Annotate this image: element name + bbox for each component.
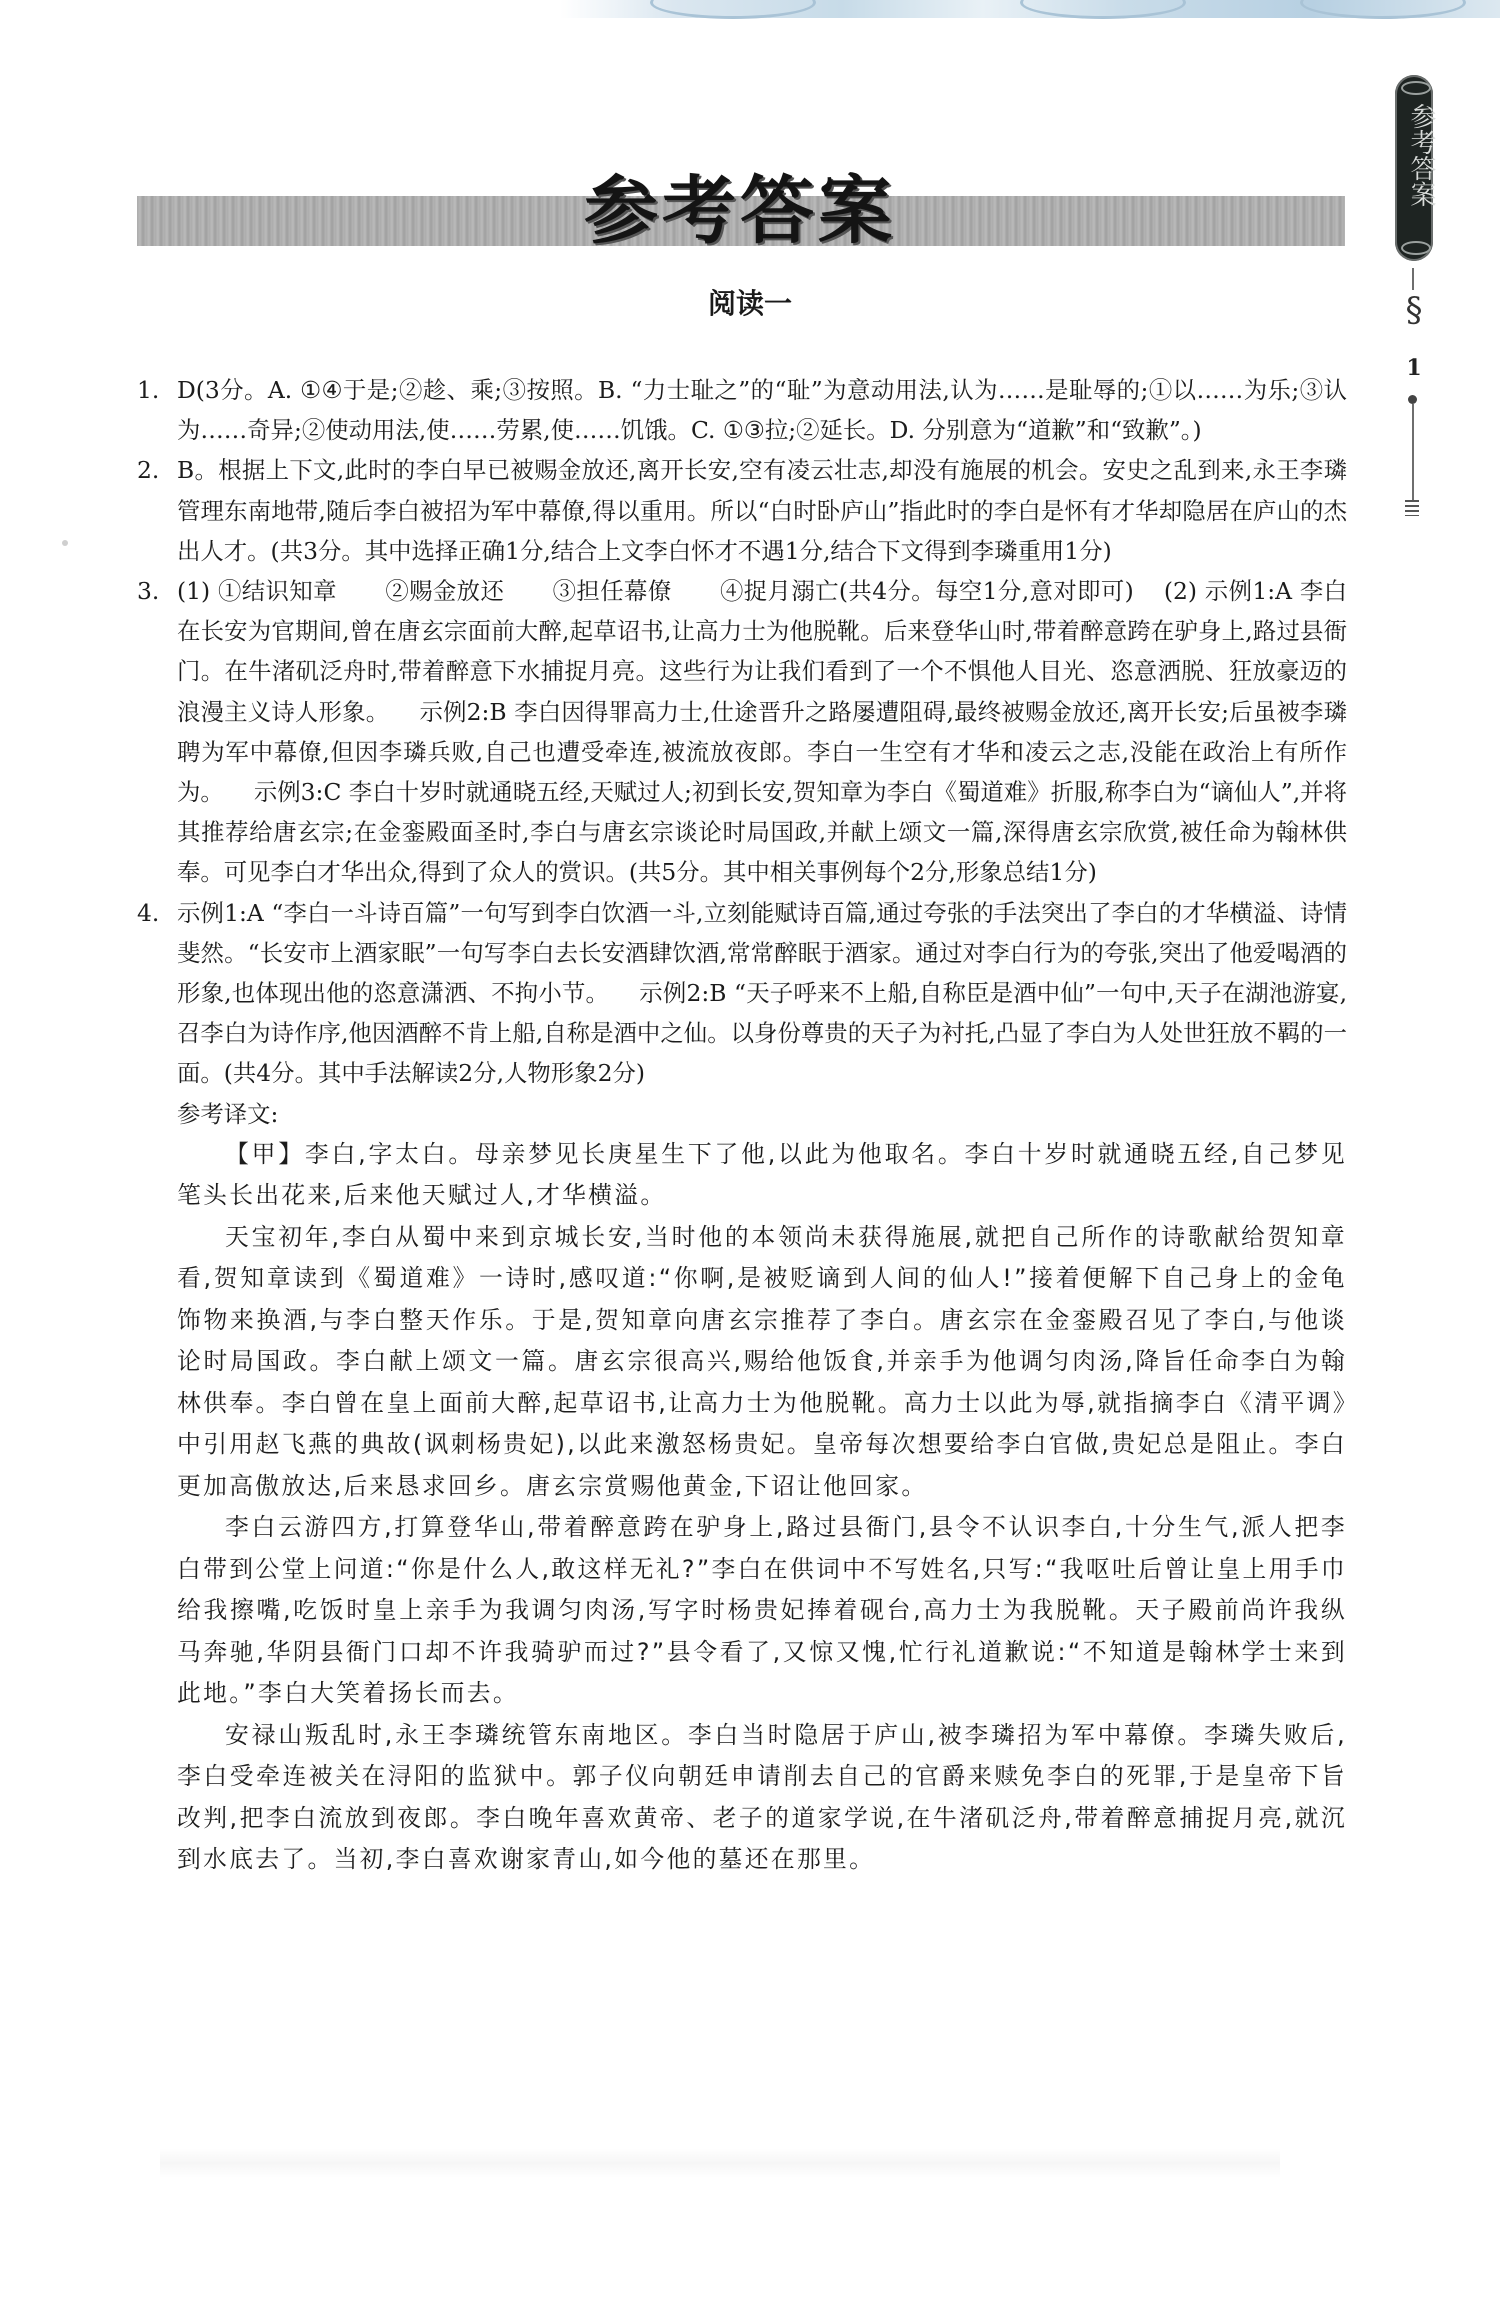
top-decoration bbox=[560, 0, 1500, 18]
side-rule bbox=[1412, 268, 1414, 290]
fill-answer: ②赐金放还 bbox=[385, 577, 504, 605]
bleed-through-shadow bbox=[160, 2148, 1280, 2178]
wave-ornament bbox=[1020, 0, 1186, 19]
score-note: (共5分。其中相关事例每个2分,形象总结1分) bbox=[629, 858, 1097, 886]
answer-number: 4. bbox=[137, 893, 159, 933]
ornament-icon bbox=[1401, 81, 1431, 95]
ornament-icon bbox=[1401, 241, 1431, 255]
part-label: (1) bbox=[177, 577, 210, 605]
answer-item-4: 4. 示例1:A “李白一斗诗百篇”一句写到李白饮酒一斗,立刻能赋诗百篇,通过夸… bbox=[137, 893, 1347, 1094]
translation-paragraph: 安禄山叛乱时,永王李璘统管东南地区。李白当时隐居于庐山,被李璘招为军中幕僚。李璘… bbox=[137, 1715, 1347, 1881]
wave-ornament bbox=[1300, 0, 1466, 19]
translation-body: 【甲】李白,字太白。母亲梦见长庚星生下了他,以此为他取名。李白十岁时就通晓五经,… bbox=[137, 1134, 1347, 1881]
paper-speck bbox=[62, 540, 68, 546]
answer-number: 3. bbox=[137, 571, 159, 611]
wave-ornament bbox=[650, 0, 816, 19]
answer-text: B。根据上下文,此时的李白早已被赐金放还,离开长安,空有凌云壮志,却没有施展的机… bbox=[177, 450, 1347, 571]
section-heading: 阅读一 bbox=[0, 282, 1500, 322]
side-tab-label: 参考答案 bbox=[1399, 103, 1437, 207]
answer-text: D(3分。A. ①④于是;②趁、乘;③按照。B. “力士耻之”的“耻”为意动用法… bbox=[177, 370, 1347, 450]
answer-item-3: 3. (1) ①结识知章②赐金放还③担任幕僚④捉月溺亡(共4分。每空1分,意对即… bbox=[137, 571, 1347, 893]
fill-answer: ④捉月溺亡 bbox=[720, 577, 839, 605]
part-label: (2) bbox=[1164, 577, 1197, 605]
rule-dot bbox=[1408, 395, 1417, 404]
translation-paragraph: 天宝初年,李白从蜀中来到京城长安,当时他的本领尚未获得施展,就把自己所作的诗歌献… bbox=[137, 1217, 1347, 1508]
answer-content: 1. D(3分。A. ①④于是;②趁、乘;③按照。B. “力士耻之”的“耻”为意… bbox=[137, 370, 1347, 1881]
answer-item-2: 2. B。根据上下文,此时的李白早已被赐金放还,离开长安,空有凌云壮志,却没有施… bbox=[137, 450, 1347, 571]
fill-answer: ①结识知章 bbox=[218, 577, 337, 605]
fill-answer: ③担任幕僚 bbox=[552, 577, 671, 605]
section-mark-icon: § bbox=[1400, 290, 1428, 330]
rule-end-ornament bbox=[1405, 500, 1419, 516]
answer-number: 1. bbox=[137, 370, 159, 410]
score-note: (共4分。每空1分,意对即可) bbox=[839, 577, 1134, 605]
translation-paragraph: 李白云游四方,打算登华山,带着醉意跨在驴身上,路过县衙门,县令不认识李白,十分生… bbox=[137, 1507, 1347, 1715]
side-rule bbox=[1412, 404, 1414, 500]
page-title: 参考答案 bbox=[0, 152, 1500, 258]
translation-paragraph: 【甲】李白,字太白。母亲梦见长庚星生下了他,以此为他取名。李白十岁时就通晓五经,… bbox=[137, 1134, 1347, 1217]
score-note: (共4分。其中手法解读2分,人物形象2分) bbox=[224, 1059, 645, 1087]
answer-number: 2. bbox=[137, 450, 159, 490]
translation-label: 参考译文: bbox=[137, 1094, 1347, 1134]
side-tab[interactable]: 参考答案 bbox=[1395, 75, 1433, 261]
answer-item-1: 1. D(3分。A. ①④于是;②趁、乘;③按照。B. “力士耻之”的“耻”为意… bbox=[137, 370, 1347, 450]
page-number: 1 bbox=[1400, 355, 1428, 381]
